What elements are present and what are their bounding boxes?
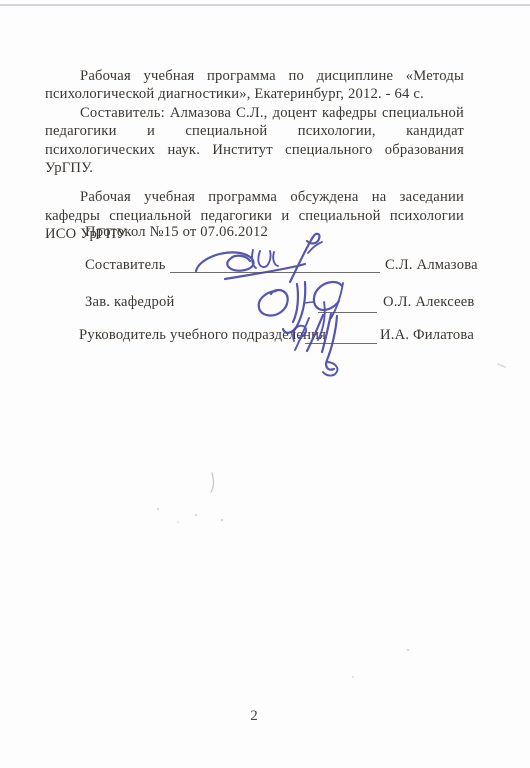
signature-role-label: Руководитель учебного подразделения <box>79 327 326 344</box>
signature-row-unit-director: Руководитель учебного подразделения И.А.… <box>0 327 530 349</box>
signature-underline <box>318 312 377 313</box>
document-text-block: Рабочая учебная программа по дисциплине … <box>45 67 464 244</box>
signature-row-compiler: Составитель С.Л. Алмазова <box>0 257 530 279</box>
paragraph-bibliographic: Рабочая учебная программа по дисциплине … <box>45 67 464 104</box>
signature-person-name: О.Л. Алексеев <box>383 294 475 311</box>
signature-role-label: Составитель <box>85 257 166 274</box>
page-number: 2 <box>0 708 508 725</box>
scanned-document-page: Рабочая учебная программа по дисциплине … <box>0 0 530 768</box>
signature-row-department-head: Зав. кафедрой О.Л. Алексеев <box>0 294 530 316</box>
protocol-line: Протокол №15 от 07.06.2012 <box>85 224 268 241</box>
signature-underline <box>170 272 380 273</box>
pencil-smudge-marks <box>157 364 505 678</box>
signature-underline <box>305 343 377 344</box>
paragraph-compiler-info: Составитель: Алмазова С.Л., доцент кафед… <box>45 104 464 178</box>
signature-role-label: Зав. кафедрой <box>85 294 175 311</box>
scan-edge-line <box>0 4 530 6</box>
signature-person-name: И.А. Филатова <box>380 327 474 344</box>
signature-person-name: С.Л. Алмазова <box>385 257 478 274</box>
